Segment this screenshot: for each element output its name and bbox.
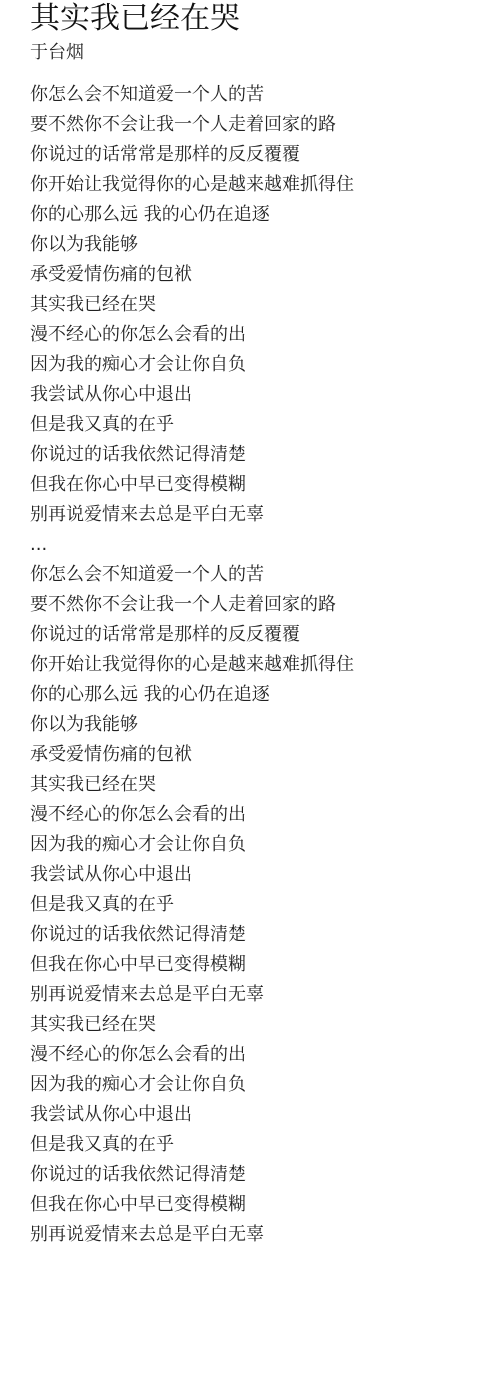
lyric-line: 别再说爱情来去总是平白无辜 (30, 500, 354, 530)
song-title: 其实我已经在哭 (30, 0, 240, 38)
lyric-line: 但是我又真的在乎 (30, 890, 354, 920)
lyric-line: 承受爱情伤痛的包袱 (30, 740, 354, 770)
lyric-line: 因为我的痴心才会让你自负 (30, 350, 354, 380)
lyric-line: 你以为我能够 (30, 710, 354, 740)
lyric-line: 你说过的话常常是那样的反反覆覆 (30, 620, 354, 650)
lyric-line: 别再说爱情来去总是平白无辜 (30, 980, 354, 1010)
lyric-line: 你的心那么远 我的心仍在追逐 (30, 200, 354, 230)
lyric-line: 其实我已经在哭 (30, 290, 354, 320)
lyric-line: ... (30, 530, 354, 560)
lyric-line: 我尝试从你心中退出 (30, 1100, 354, 1130)
lyrics-list: 你怎么会不知道爱一个人的苦要不然你不会让我一个人走着回家的路你说过的话常常是那样… (30, 80, 354, 1250)
lyric-line: 其实我已经在哭 (30, 1010, 354, 1040)
lyric-line: 要不然你不会让我一个人走着回家的路 (30, 110, 354, 140)
lyric-line: 你说过的话我依然记得清楚 (30, 1160, 354, 1190)
lyric-line: 你的心那么远 我的心仍在追逐 (30, 680, 354, 710)
lyric-line: 你怎么会不知道爱一个人的苦 (30, 80, 354, 110)
lyric-line: 你开始让我觉得你的心是越来越难抓得住 (30, 170, 354, 200)
lyric-line: 但是我又真的在乎 (30, 1130, 354, 1160)
lyric-line: 其实我已经在哭 (30, 770, 354, 800)
artist-name: 于台烟 (30, 42, 84, 64)
lyric-line: 漫不经心的你怎么会看的出 (30, 800, 354, 830)
lyric-line: 我尝试从你心中退出 (30, 860, 354, 890)
lyric-line: 漫不经心的你怎么会看的出 (30, 1040, 354, 1070)
lyric-line: 我尝试从你心中退出 (30, 380, 354, 410)
lyric-line: 承受爱情伤痛的包袱 (30, 260, 354, 290)
lyric-line: 但我在你心中早已变得模糊 (30, 1190, 354, 1220)
lyric-line: 漫不经心的你怎么会看的出 (30, 320, 354, 350)
lyric-line: 但我在你心中早已变得模糊 (30, 470, 354, 500)
lyric-line: 你怎么会不知道爱一个人的苦 (30, 560, 354, 590)
lyric-line: 你以为我能够 (30, 230, 354, 260)
lyric-line: 要不然你不会让我一个人走着回家的路 (30, 590, 354, 620)
lyric-line: 你说过的话常常是那样的反反覆覆 (30, 140, 354, 170)
lyric-line: 你开始让我觉得你的心是越来越难抓得住 (30, 650, 354, 680)
lyric-line: 你说过的话我依然记得清楚 (30, 920, 354, 950)
lyric-line: 因为我的痴心才会让你自负 (30, 1070, 354, 1100)
lyric-line: 但是我又真的在乎 (30, 410, 354, 440)
lyric-line: 别再说爱情来去总是平白无辜 (30, 1220, 354, 1250)
lyric-line: 你说过的话我依然记得清楚 (30, 440, 354, 470)
lyric-line: 但我在你心中早已变得模糊 (30, 950, 354, 980)
lyric-line: 因为我的痴心才会让你自负 (30, 830, 354, 860)
